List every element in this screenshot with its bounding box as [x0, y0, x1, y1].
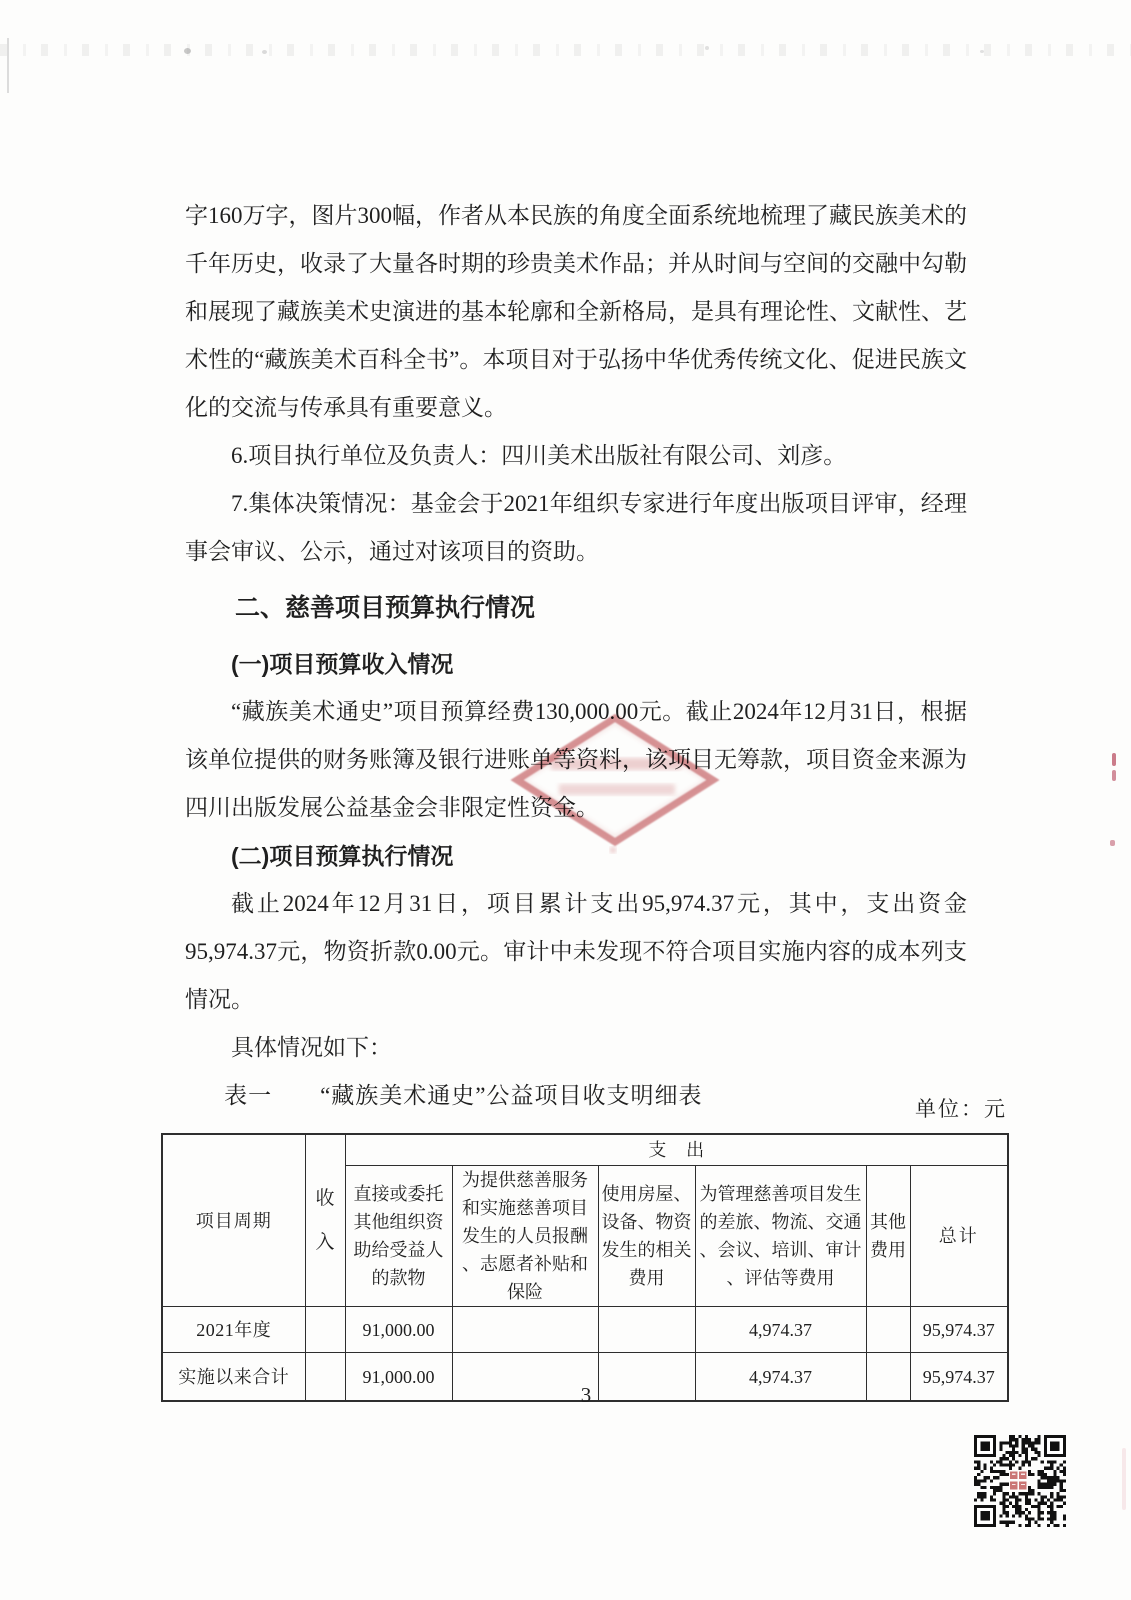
cell-period: 实施以来合计	[162, 1353, 305, 1402]
cell-income	[305, 1307, 345, 1353]
col-header-admin: 为管理慈善项目发生的差旅、物流、交通、会议、培训、审计、评估等费用	[695, 1166, 866, 1307]
col-header-other: 其他费用	[866, 1166, 910, 1307]
paragraph-income: “藏族美术通史”项目预算经费130,000.00元。截止2024年12月31日，…	[185, 688, 967, 832]
scan-noise-band	[0, 44, 1131, 56]
scan-speck	[262, 50, 267, 54]
expense-table-wrapper: 项目周期 收入 支出 直接或委托其他组织资助给受益人的款物 为提供慈善服务和实施…	[161, 1133, 1007, 1402]
cell-admin: 4,974.37	[695, 1307, 866, 1353]
paragraph-item7: 7.集体决策情况：基金会于2021年组织专家进行年度出版项目评审，经理事会审议、…	[185, 480, 967, 576]
col-header-property: 使用房屋、设备、物资发生的相关费用	[598, 1166, 695, 1307]
cell-property	[598, 1353, 695, 1402]
paragraph-execution: 截止2024年12月31日，项目累计支出95,974.37元，其中，支出资金95…	[185, 880, 967, 1024]
scan-speck	[980, 50, 984, 53]
document-body: 字160万字，图片300幅，作者从本民族的角度全面系统地梳理了藏民族美术的千年历…	[185, 192, 967, 1120]
heading-income: (一)项目预算收入情况	[185, 640, 967, 688]
expense-table: 项目周期 收入 支出 直接或委托其他组织资助给受益人的款物 为提供慈善服务和实施…	[161, 1133, 1009, 1402]
col-header-total: 总计	[910, 1166, 1008, 1307]
col-header-expense-group: 支出	[345, 1134, 1008, 1166]
paragraph-detail-intro: 具体情况如下：	[185, 1024, 967, 1072]
col-header-income: 收入	[305, 1134, 345, 1307]
cell-total: 95,974.37	[910, 1307, 1008, 1353]
col-header-service-pay: 为提供慈善服务和实施慈善项目发生的人员报酬、志愿者补贴和保险	[452, 1166, 598, 1307]
scan-speck	[705, 46, 709, 50]
document-page: 字160万字，图片300幅，作者从本民族的角度全面系统地梳理了藏民族美术的千年历…	[0, 0, 1131, 1600]
cell-direct-aid: 91,000.00	[345, 1307, 452, 1353]
qr-code-graphic	[974, 1435, 1066, 1527]
page-number: 3	[581, 1383, 592, 1408]
red-ink-mark	[1112, 770, 1116, 781]
cell-total: 95,974.37	[910, 1353, 1008, 1402]
qr-code	[974, 1435, 1066, 1527]
scan-edge-line	[7, 38, 9, 93]
unit-label: 单位：元	[161, 1094, 1007, 1124]
col-header-direct-aid: 直接或委托其他组织资助给受益人的款物	[345, 1166, 452, 1307]
pink-ink-smear	[1122, 1448, 1126, 1510]
heading-section2: 二、慈善项目预算执行情况	[185, 584, 967, 632]
cell-other	[866, 1353, 910, 1402]
cell-service-pay	[452, 1307, 598, 1353]
cell-property	[598, 1307, 695, 1353]
heading-execution: (二)项目预算执行情况	[185, 832, 967, 880]
col-header-period: 项目周期	[162, 1134, 305, 1307]
paragraph-item6: 6.项目执行单位及负责人：四川美术出版社有限公司、刘彦。	[185, 432, 967, 480]
cell-income	[305, 1353, 345, 1402]
scan-speck	[184, 48, 191, 54]
table-row: 2021年度 91,000.00 4,974.37 95,974.37	[162, 1307, 1008, 1353]
cell-service-pay	[452, 1353, 598, 1402]
cell-other	[866, 1307, 910, 1353]
red-ink-mark	[1110, 840, 1115, 846]
cell-direct-aid: 91,000.00	[345, 1353, 452, 1402]
red-ink-mark	[1112, 753, 1116, 766]
paragraph-overview: 字160万字，图片300幅，作者从本民族的角度全面系统地梳理了藏民族美术的千年历…	[185, 192, 967, 432]
cell-period: 2021年度	[162, 1307, 305, 1353]
cell-admin: 4,974.37	[695, 1353, 866, 1402]
